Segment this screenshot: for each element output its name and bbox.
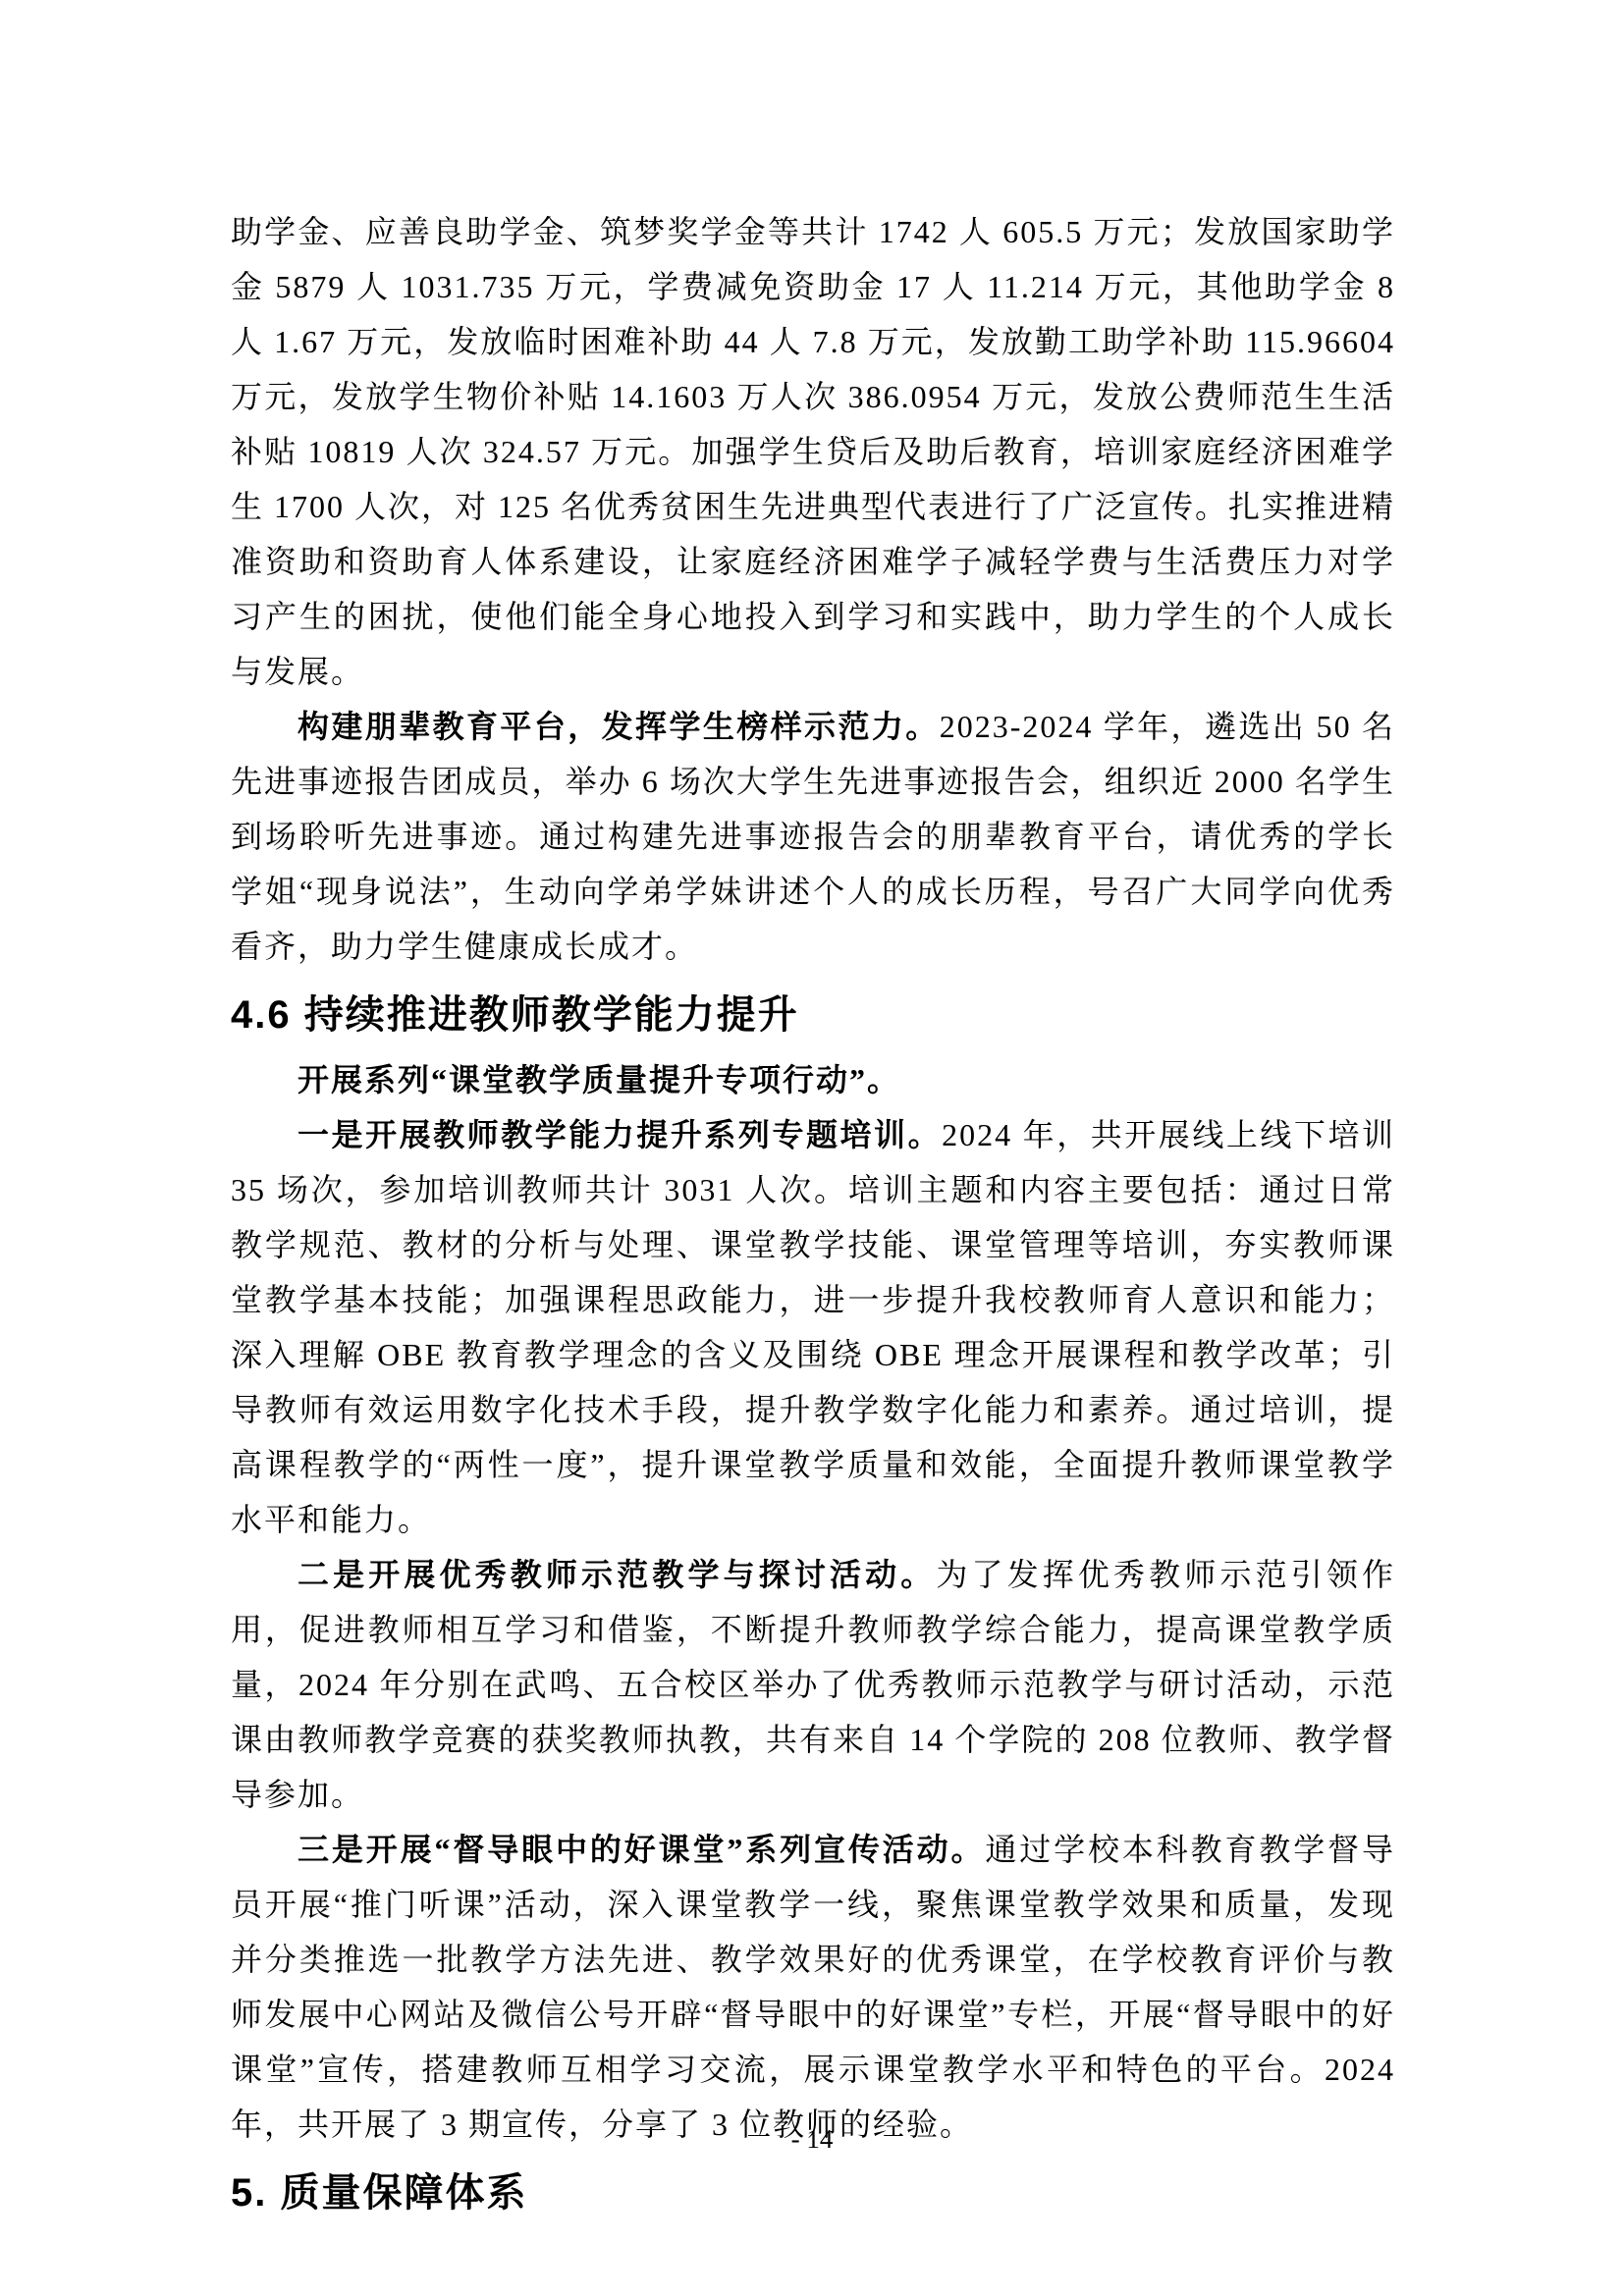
paragraph-text: 助学金、应善良助学金、筑梦奖学金等共计 1742 人 605.5 万元；发放国家… bbox=[231, 214, 1395, 689]
body-paragraph-training: 一是开展教师教学能力提升系列专题培训。2024 年，共开展线上线下培训 35 场… bbox=[231, 1107, 1395, 1547]
paragraph-lead: 构建朋辈教育平台，发挥学生榜样示范力。 bbox=[298, 709, 940, 744]
body-paragraph-supervision-series: 三是开展“督导眼中的好课堂”系列宣传活动。通过学校本科教育教学督导员开展“推门听… bbox=[231, 1822, 1395, 2152]
section-heading-5: 5. 质量保障体系 bbox=[231, 2169, 1395, 2216]
paragraph-lead: 三是开展“督导眼中的好课堂”系列宣传活动。 bbox=[298, 1832, 985, 1867]
body-paragraph-peer-education: 构建朋辈教育平台，发挥学生榜样示范力。2023-2024 学年，遴选出 50 名… bbox=[231, 699, 1395, 974]
body-paragraph-financial-aid: 助学金、应善良助学金、筑梦奖学金等共计 1742 人 605.5 万元；发放国家… bbox=[231, 204, 1395, 699]
body-paragraph-special-action: 开展系列“课堂教学质量提升专项行动”。 bbox=[231, 1052, 1395, 1107]
document-page: 助学金、应善良助学金、筑梦奖学金等共计 1742 人 605.5 万元；发放国家… bbox=[0, 0, 1624, 2296]
paragraph-text: 2024 年，共开展线上线下培训 35 场次，参加培训教师共计 3031 人次。… bbox=[231, 1117, 1395, 1537]
page-number: - 14 bbox=[0, 2123, 1624, 2155]
paragraph-lead: 开展系列“课堂教学质量提升专项行动”。 bbox=[298, 1062, 900, 1097]
section-heading-4-6: 4.6 持续推进教师教学能力提升 bbox=[231, 991, 1395, 1039]
paragraph-text: 2023-2024 学年，遴选出 50 名先进事迹报告团成员，举办 6 场次大学… bbox=[231, 709, 1395, 964]
paragraph-text: 为了发挥优秀教师示范引领作用，促进教师相互学习和借鉴，不断提升教师教学综合能力，… bbox=[231, 1557, 1395, 1812]
page-number-text: - 14 bbox=[791, 2124, 834, 2154]
heading-text: 5. 质量保障体系 bbox=[231, 2171, 527, 2215]
document-body: 助学金、应善良助学金、筑梦奖学金等共计 1742 人 605.5 万元；发放国家… bbox=[231, 204, 1395, 2230]
paragraph-lead: 二是开展优秀教师示范教学与探讨活动。 bbox=[298, 1557, 936, 1592]
body-paragraph-demo-teaching: 二是开展优秀教师示范教学与探讨活动。为了发挥优秀教师示范引领作用，促进教师相互学… bbox=[231, 1547, 1395, 1822]
heading-text: 4.6 持续推进教师教学能力提升 bbox=[231, 993, 799, 1037]
paragraph-text: 通过学校本科教育教学督导员开展“推门听课”活动，深入课堂教学一线，聚焦课堂教学效… bbox=[231, 1832, 1395, 2142]
paragraph-lead: 一是开展教师教学能力提升系列专题培训。 bbox=[298, 1117, 942, 1152]
